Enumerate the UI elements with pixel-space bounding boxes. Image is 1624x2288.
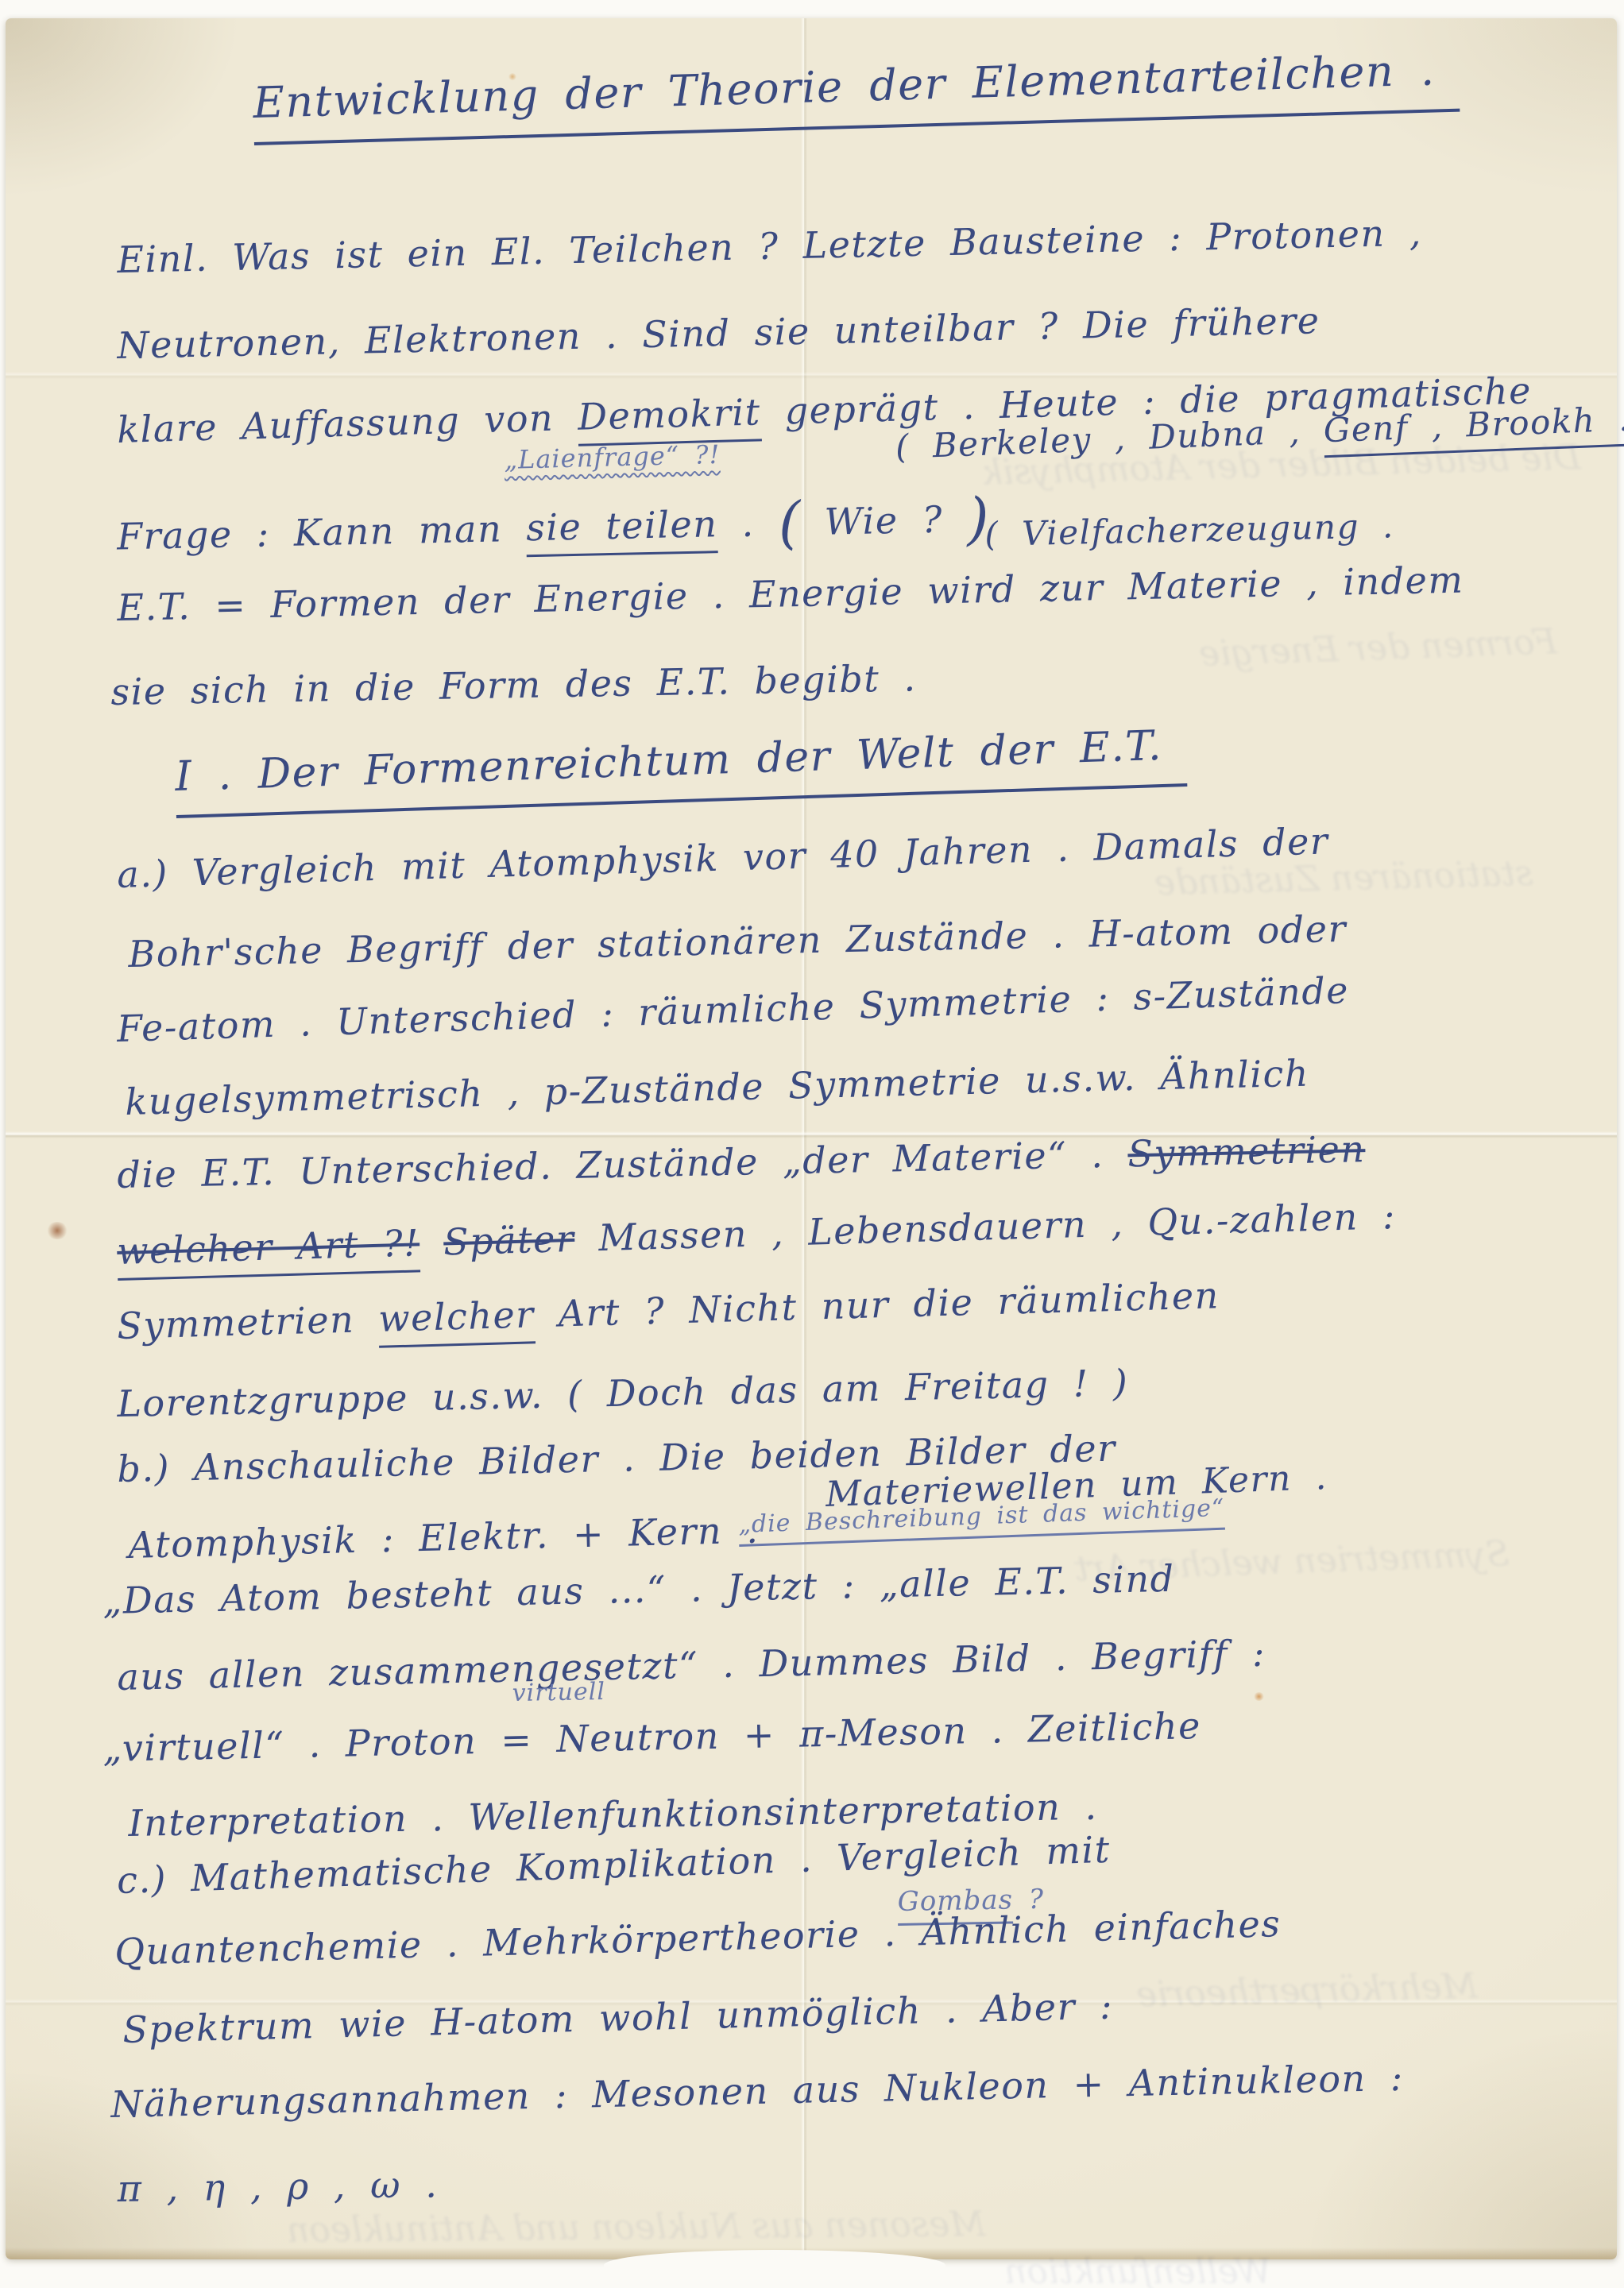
section-heading: I . Der Formenreichtum der Welt der E.T. xyxy=(174,721,1187,818)
text-segment: sie teilen xyxy=(526,503,718,558)
manuscript-line: Symmetrien welcher Art ? Nicht nur die r… xyxy=(116,1273,1220,1347)
text-segment: aus allen zusammengesetzt“ . Dummes Bild… xyxy=(117,1632,1266,1699)
text-segment: „virtuell“ . Proton = Neutron + π-Meson … xyxy=(102,1704,1201,1770)
text-segment: Lorentzgruppe u.s.w. ( Doch das am Freit… xyxy=(117,1361,1129,1425)
text-segment: welcher xyxy=(377,1293,535,1347)
text-segment: Bohr'sche Begriff der stationären Zustän… xyxy=(128,907,1348,976)
manuscript-line: welcher Art ?! Später Massen , Lebensdau… xyxy=(116,1194,1396,1273)
text-segment: a.) Vergleich mit Atomphysik vor 40 Jahr… xyxy=(116,819,1328,896)
text-segment: Massen , Lebensdauern , Qu.-zahlen : xyxy=(574,1194,1396,1260)
text-segment: Frage : Kann man xyxy=(117,507,527,558)
manuscript-line: Einl. Was ist ein El. Teilchen ? Letzte … xyxy=(117,211,1422,281)
text-segment: Demokrit xyxy=(577,390,761,446)
text-segment xyxy=(419,1221,444,1265)
text-segment: Wie ? xyxy=(800,497,968,543)
text-segment: E.T. = Formen der Energie . Energie wird… xyxy=(117,558,1464,629)
manuscript-line: Neutronen, Elektronen . Sind sie unteilb… xyxy=(117,299,1320,367)
text-segment: Symmetrien xyxy=(116,1297,379,1347)
text-segment: Fe-atom . Unterschied : räumliche Symmet… xyxy=(116,968,1349,1050)
text-segment: virtuell xyxy=(512,1678,605,1707)
text-segment: Neutronen, Elektronen . Sind sie unteilb… xyxy=(117,299,1320,367)
manuscript-line: Lorentzgruppe u.s.w. ( Doch das am Freit… xyxy=(117,1361,1129,1425)
text-segment: Später xyxy=(443,1217,575,1264)
text-segment: Quantenchemie . Mehrkörpertheorie . Ähnl… xyxy=(114,1902,1282,1973)
manuscript-title: Entwicklung der Theorie der Elementartei… xyxy=(253,44,1460,145)
inserted-note: virtuell xyxy=(512,1678,605,1707)
scanned-document-photo: { "page": { "background_color": "#fbfaf6… xyxy=(0,0,1624,2288)
text-segment: „Laienfrage“ ?! xyxy=(504,439,721,475)
text-segment: I . Der Formenreichtum der Welt der E.T. xyxy=(174,722,1162,801)
manuscript-line: aus allen zusammengesetzt“ . Dummes Bild… xyxy=(117,1632,1266,1699)
manuscript-line: Frage : Kann man sie teilen . ( Wie ? ) xyxy=(116,485,989,570)
manuscript-line: Quantenchemie . Mehrkörpertheorie . Ähnl… xyxy=(114,1902,1282,1973)
manuscript-line: Fe-atom . Unterschied : räumliche Symmet… xyxy=(116,968,1349,1050)
manuscript-line: Näherungsannahmen : Mesonen aus Nukleon … xyxy=(110,2056,1404,2126)
manuscript-line: Atomphysik : Elektr. + Kern . xyxy=(128,1509,760,1567)
manuscript-line: die E.T. Unterschied. Zustände „der Mate… xyxy=(117,1127,1366,1196)
side-note: ( Vielfacherzeugung . xyxy=(984,506,1394,554)
text-segment: Atomphysik : Elektr. + Kern . xyxy=(128,1509,760,1567)
manuscript-line: Bohr'sche Begriff der stationären Zustän… xyxy=(128,907,1348,976)
manuscript-line: π , η , ρ , ω . xyxy=(117,2162,438,2210)
manuscript-line: kugelsymmetrisch , p-Zustände Symmetrie … xyxy=(125,1052,1310,1123)
inserted-note: „Laienfrage“ ?! xyxy=(504,439,721,475)
manuscript-line: a.) Vergleich mit Atomphysik vor 40 Jahr… xyxy=(116,819,1328,896)
text-segment: π , η , ρ , ω . xyxy=(117,2162,438,2210)
text-segment: Art ? Nicht nur die räumlichen xyxy=(534,1273,1220,1335)
text-segment: ( Vielfacherzeugung . xyxy=(984,506,1394,554)
text-segment: Spektrum wie H-atom wohl unmöglich . Abe… xyxy=(122,1985,1114,2051)
text-segment: . xyxy=(717,501,779,546)
text-segment: klare Auffassung von xyxy=(116,396,578,451)
manuscript-line: „virtuell“ . Proton = Neutron + π-Meson … xyxy=(102,1704,1201,1770)
text-segment: Einl. Was ist ein El. Teilchen ? Letzte … xyxy=(117,211,1422,281)
manuscript-line: sie sich in die Form des E.T. begibt . xyxy=(110,656,917,713)
text-segment: kugelsymmetrisch , p-Zustände Symmetrie … xyxy=(125,1052,1310,1123)
text-segment: sie sich in die Form des E.T. begibt . xyxy=(110,656,917,713)
text-segment: die E.T. Unterschied. Zustände „der Mate… xyxy=(117,1132,1128,1196)
manuscript-line: „Das Atom besteht aus ...“ . Jetzt : „al… xyxy=(102,1557,1175,1622)
manuscript-text: Entwicklung der Theorie der Elementartei… xyxy=(0,0,1624,2288)
text-segment: Näherungsannahmen : Mesonen aus Nukleon … xyxy=(110,2056,1404,2126)
text-segment: Symmetrien xyxy=(1127,1127,1366,1175)
text-segment: Entwicklung der Theorie der Elementartei… xyxy=(253,44,1436,128)
text-segment: „die Beschreibung ist das wichtige“ xyxy=(738,1494,1225,1547)
manuscript-line: E.T. = Formen der Energie . Energie wird… xyxy=(117,558,1464,629)
text-segment: „Das Atom besteht aus ...“ . Jetzt : „al… xyxy=(102,1557,1175,1622)
text-segment: welcher Art ?! xyxy=(116,1221,420,1281)
manuscript-line: Spektrum wie H-atom wohl unmöglich . Abe… xyxy=(122,1985,1114,2051)
text-segment: ( xyxy=(778,489,802,556)
